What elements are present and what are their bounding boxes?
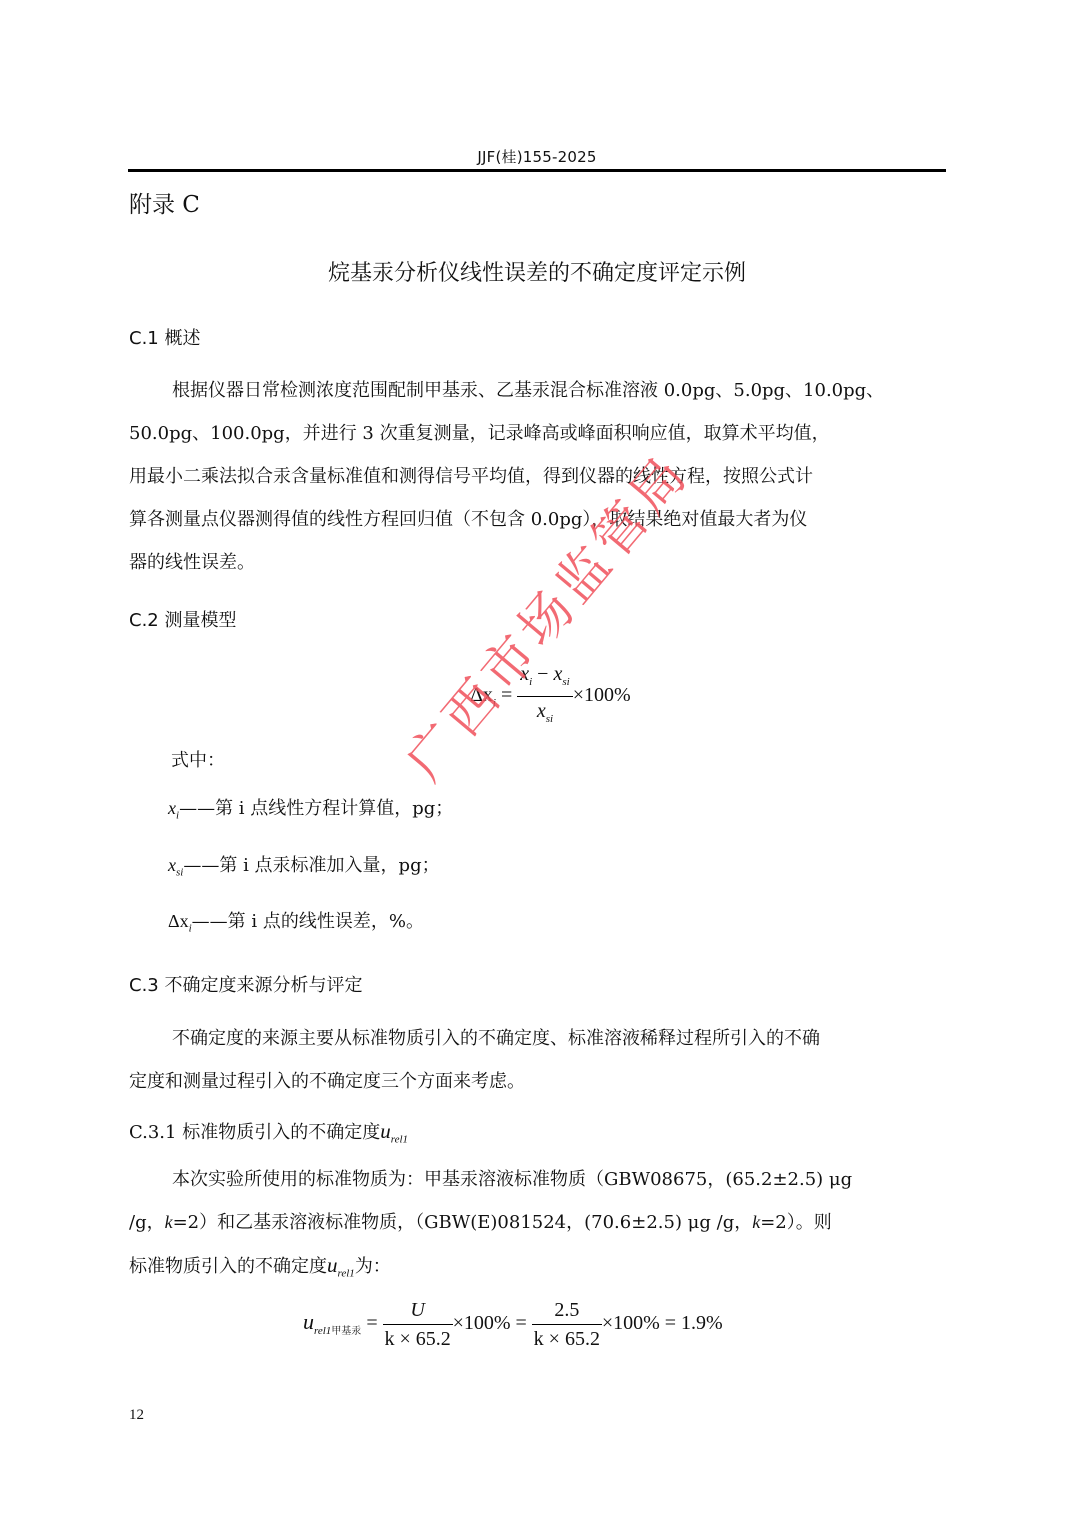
where-label: 式中： (171, 746, 225, 772)
section-c1-body: 根据仪器日常检测浓度范围配制甲基汞、乙基汞混合标准溶液 0.0pg、5.0pg、… (129, 369, 949, 584)
linearity-error-formula: Δxi = xi − xsi xsi ×100% (470, 662, 631, 731)
fraction: U k × 65.2 (383, 1298, 453, 1351)
definition-xi: xi——第 i 点线性方程计算值，pg； (168, 794, 453, 822)
fraction: 2.5 k × 65.2 (532, 1298, 602, 1351)
c1-line-1: 根据仪器日常检测浓度范围配制甲基汞、乙基汞混合标准溶液 0.0pg、5.0pg、… (129, 369, 949, 412)
c31-line-2: /g，k=2）和乙基汞溶液标准物质，（GBW(E)081524，(70.6±2.… (129, 1201, 949, 1244)
section-heading-c3: C.3 不确定度来源分析与评定 (129, 971, 362, 997)
section-c3-body: 不确定度的来源主要从标准物质引入的不确定度、标准溶液稀释过程所引入的不确 定度和… (129, 1017, 949, 1103)
section-c31-body: 本次实验所使用的标准物质为：甲基汞溶液标准物质（GBW08675，(65.2±2… (129, 1158, 949, 1296)
definition-delta-xi: Δxi——第 i 点的线性误差，%。 (168, 907, 424, 935)
document-page: JJF(桂)155-2025 附录 C 烷基汞分析仪线性误差的不确定度评定示例 … (0, 0, 1074, 1520)
c1-line-4: 算各测量点仪器测得值的线性方程回归值（不包含 0.0pg），取结果绝对值最大者为… (129, 498, 949, 541)
c31-line-1: 本次实验所使用的标准物质为：甲基汞溶液标准物质（GBW08675，(65.2±2… (129, 1158, 949, 1201)
section-heading-c2: C.2 测量模型 (129, 606, 236, 632)
c1-line-3: 用最小二乘法拟合汞含量标准值和测得信号平均值，得到仪器的线性方程，按照公式计 (129, 455, 949, 498)
appendix-label: 附录 C (129, 186, 200, 219)
definition-xsi: xsi——第 i 点汞标准加入量，pg； (168, 851, 440, 879)
page-number: 12 (129, 1407, 144, 1424)
c31-line-3: 标准物质引入的不确定度urel1为： (129, 1244, 949, 1296)
c3-line-2: 定度和测量过程引入的不确定度三个方面来考虑。 (129, 1060, 949, 1103)
document-code-header: JJF(桂)155-2025 (0, 146, 1074, 167)
fraction: xi − xsi xsi (517, 662, 572, 731)
c1-line-5: 器的线性误差。 (129, 541, 949, 584)
section-heading-c31: C.3.1 标准物质引入的不确定度urel1 (129, 1118, 408, 1146)
page-title: 烷基汞分析仪线性误差的不确定度评定示例 (0, 256, 1074, 287)
standard-material-uncertainty-formula: urel1甲基汞 = U k × 65.2 ×100% = 2.5 k × 65… (303, 1298, 723, 1351)
header-rule (128, 169, 946, 172)
c1-line-2: 50.0pg、100.0pg，并进行 3 次重复测量，记录峰高或峰面积响应值，取… (129, 412, 949, 455)
section-heading-c1: C.1 概述 (129, 324, 200, 350)
c3-line-1: 不确定度的来源主要从标准物质引入的不确定度、标准溶液稀释过程所引入的不确 (129, 1017, 949, 1060)
